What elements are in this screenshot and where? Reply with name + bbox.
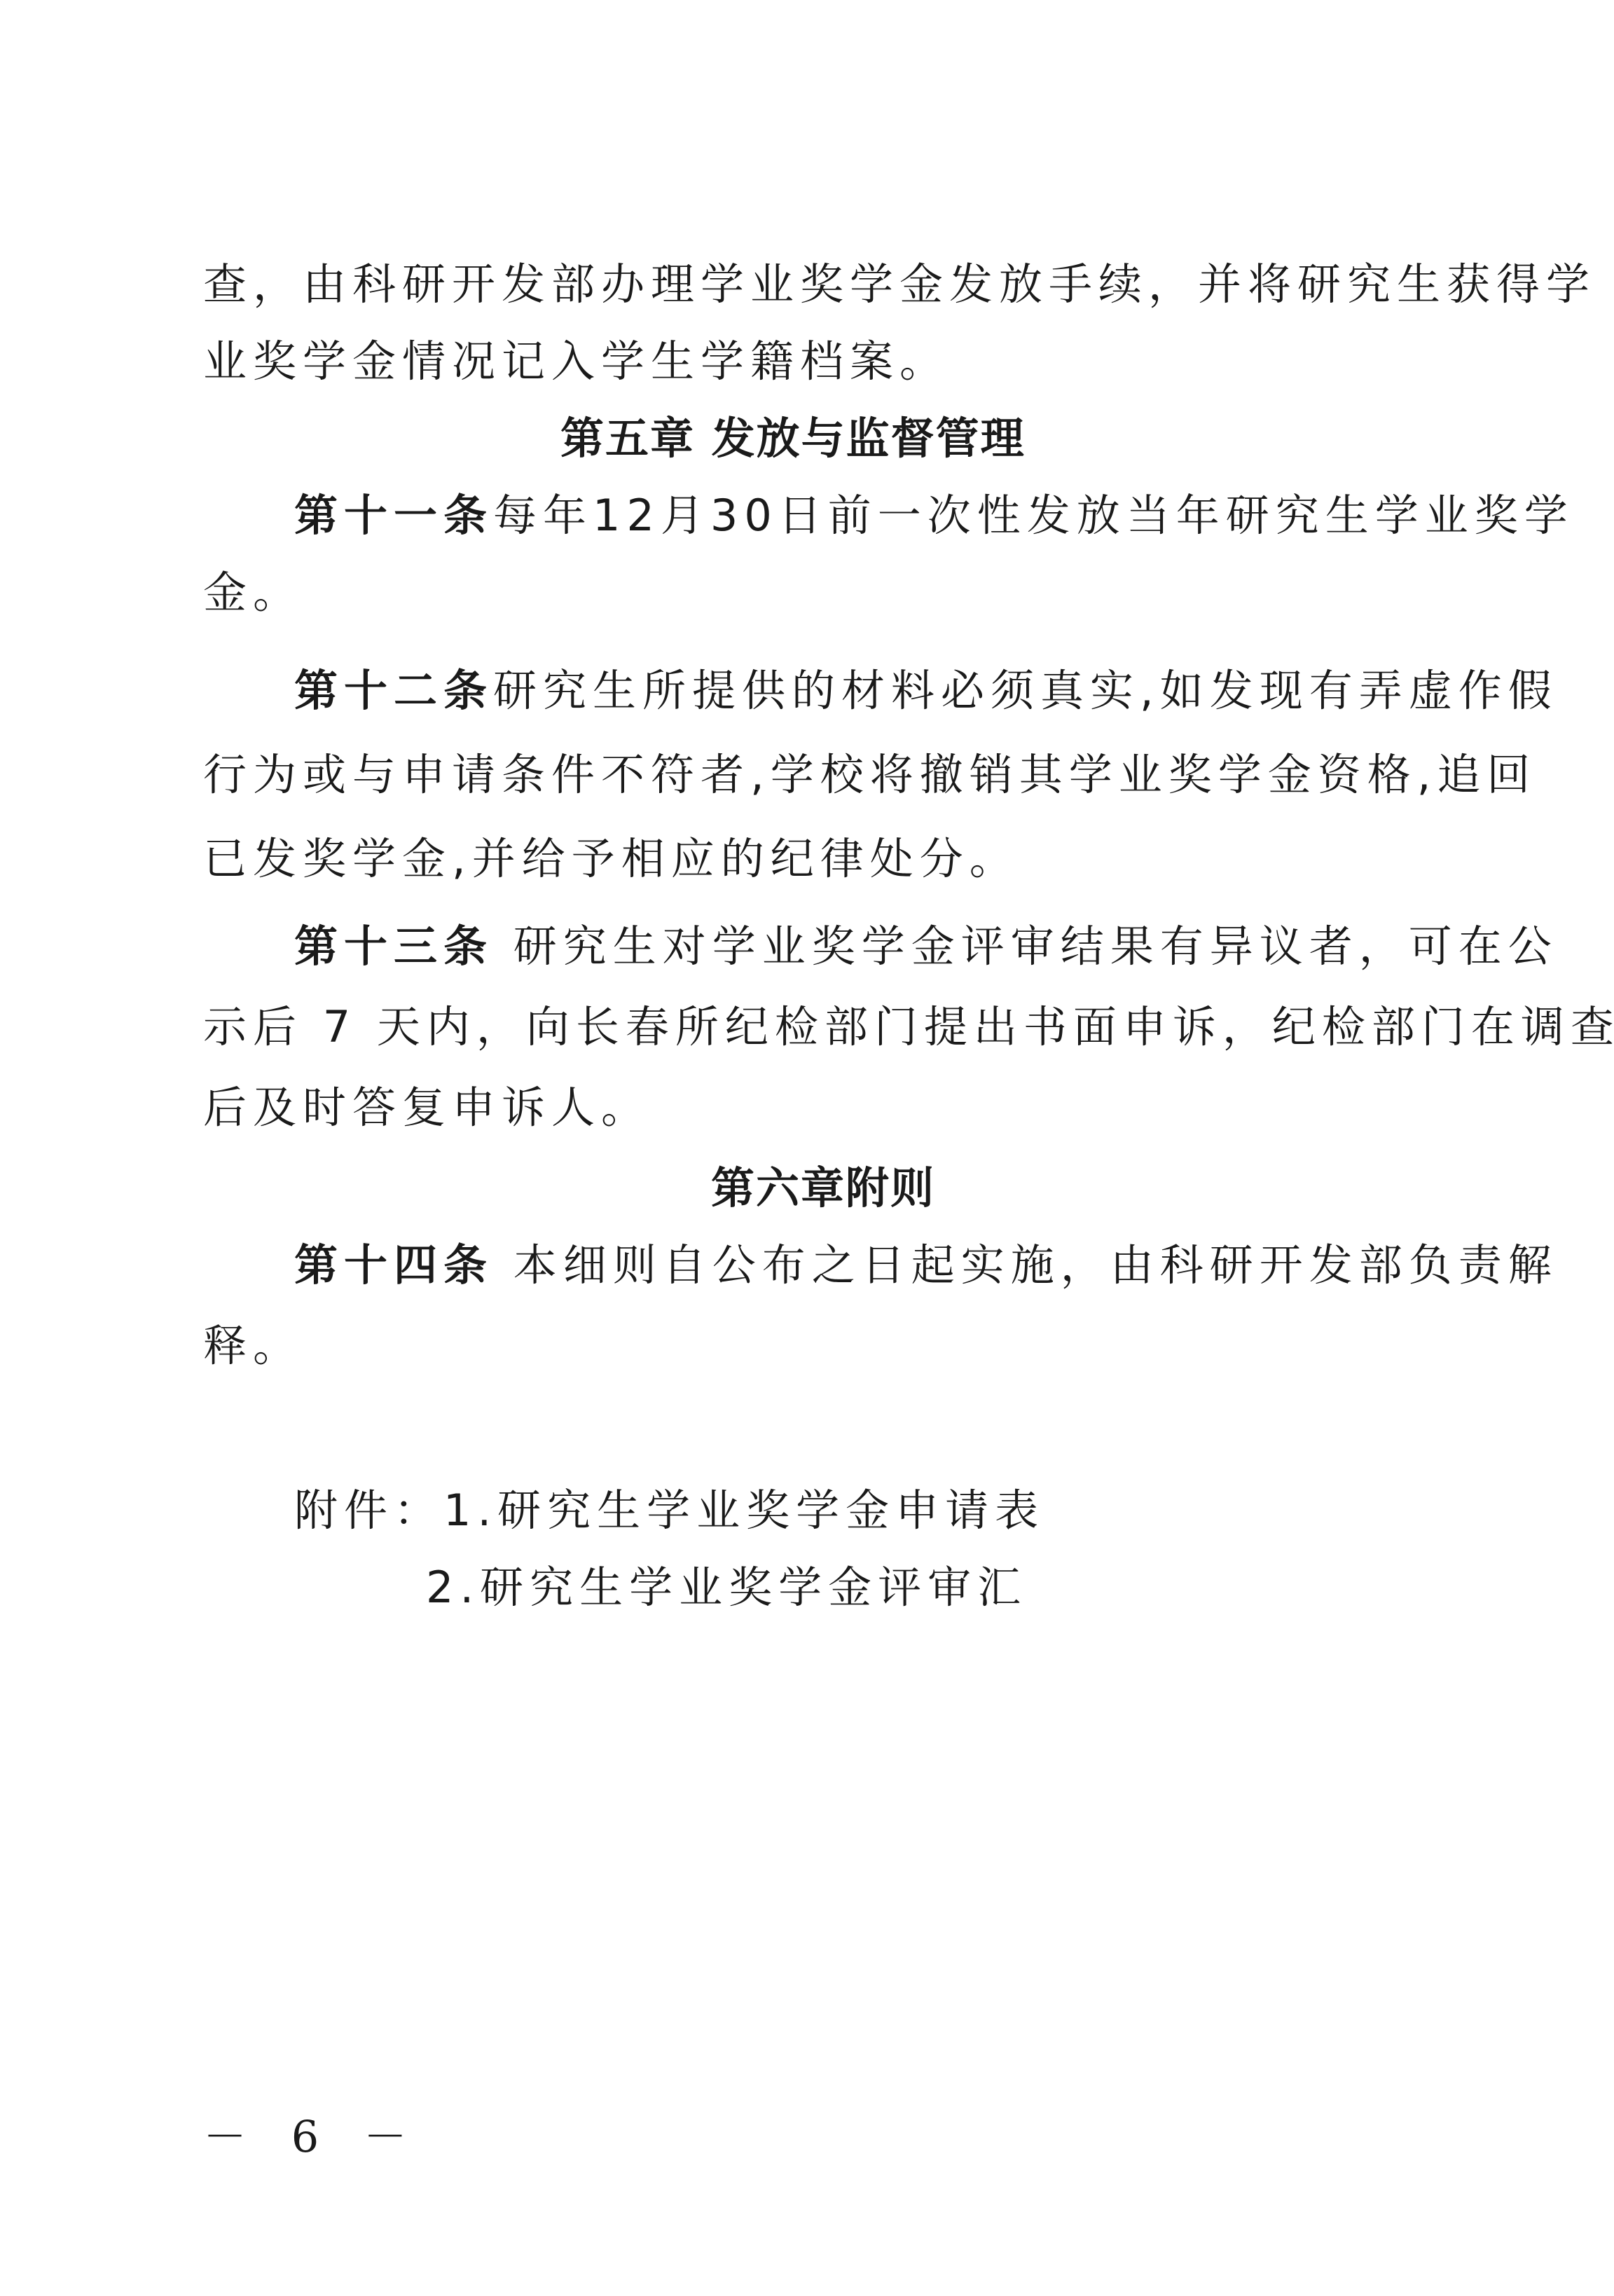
- article-14-label: 第十四条: [294, 1239, 493, 1291]
- article-11-text-1: 每年12月30日前一次性发放当年研究生学业奖学: [493, 490, 1574, 541]
- article-13-text-1: 研究生对学业奖学金评审结果有异议者，可在公: [493, 921, 1558, 972]
- article-13-line-1: 第十三条 研究生对学业奖学金评审结果有异议者，可在公: [294, 925, 1558, 968]
- article-11-label: 第十一条: [294, 490, 493, 541]
- article-14-line-2: 释。: [203, 1324, 303, 1368]
- article-12-text-1: 研究生所提供的材料必须真实,如发现有弄虚作假: [493, 665, 1558, 716]
- article-14-line-1: 第十四条 本细则自公布之日起实施，由科研开发部负责解: [294, 1244, 1558, 1287]
- article-12-line-1: 第十二条研究生所提供的材料必须真实,如发现有弄虚作假: [294, 669, 1558, 713]
- article-11-line-1: 第十一条每年12月30日前一次性发放当年研究生学业奖学: [294, 494, 1574, 537]
- article-12-line-2: 行为或与申请条件不符者,学校将撤销其学业奖学金资格,追回: [203, 753, 1536, 797]
- chapter-6-heading: 第六章附则: [711, 1167, 935, 1210]
- article-12-line-3: 已发奖学金,并给予相应的纪律处分。: [203, 837, 1019, 881]
- article-13-label: 第十三条: [294, 921, 493, 972]
- article-12-label: 第十二条: [294, 665, 493, 716]
- continuation-line-1: 查，由科研开发部办理学业奖学金发放手续，并将研究生获得学: [203, 263, 1596, 306]
- attachment-item-1: 1.研究生学业奖学金申请表: [443, 1485, 1044, 1536]
- page-number: － 6 －: [203, 2102, 422, 2164]
- chapter-5-heading: 第五章 发放与监督管理: [560, 417, 1026, 460]
- attachment-item-2: 2.研究生学业奖学金评审汇: [426, 1566, 1027, 1609]
- article-13-line-2: 示后 7 天内，向长春所纪检部门提出书面申诉，纪检部门在调查: [203, 1005, 1614, 1049]
- attachment-line-1: 附件：1.研究生学业奖学金申请表: [294, 1489, 1044, 1532]
- article-14-text-1: 本细则自公布之日起实施，由科研开发部负责解: [493, 1239, 1558, 1291]
- article-13-line-3: 后及时答复申诉人。: [203, 1086, 651, 1129]
- attachment-label: 附件：: [294, 1485, 443, 1536]
- article-11-line-2: 金。: [203, 571, 303, 614]
- continuation-line-2: 业奖学金情况记入学生学籍档案。: [203, 340, 949, 383]
